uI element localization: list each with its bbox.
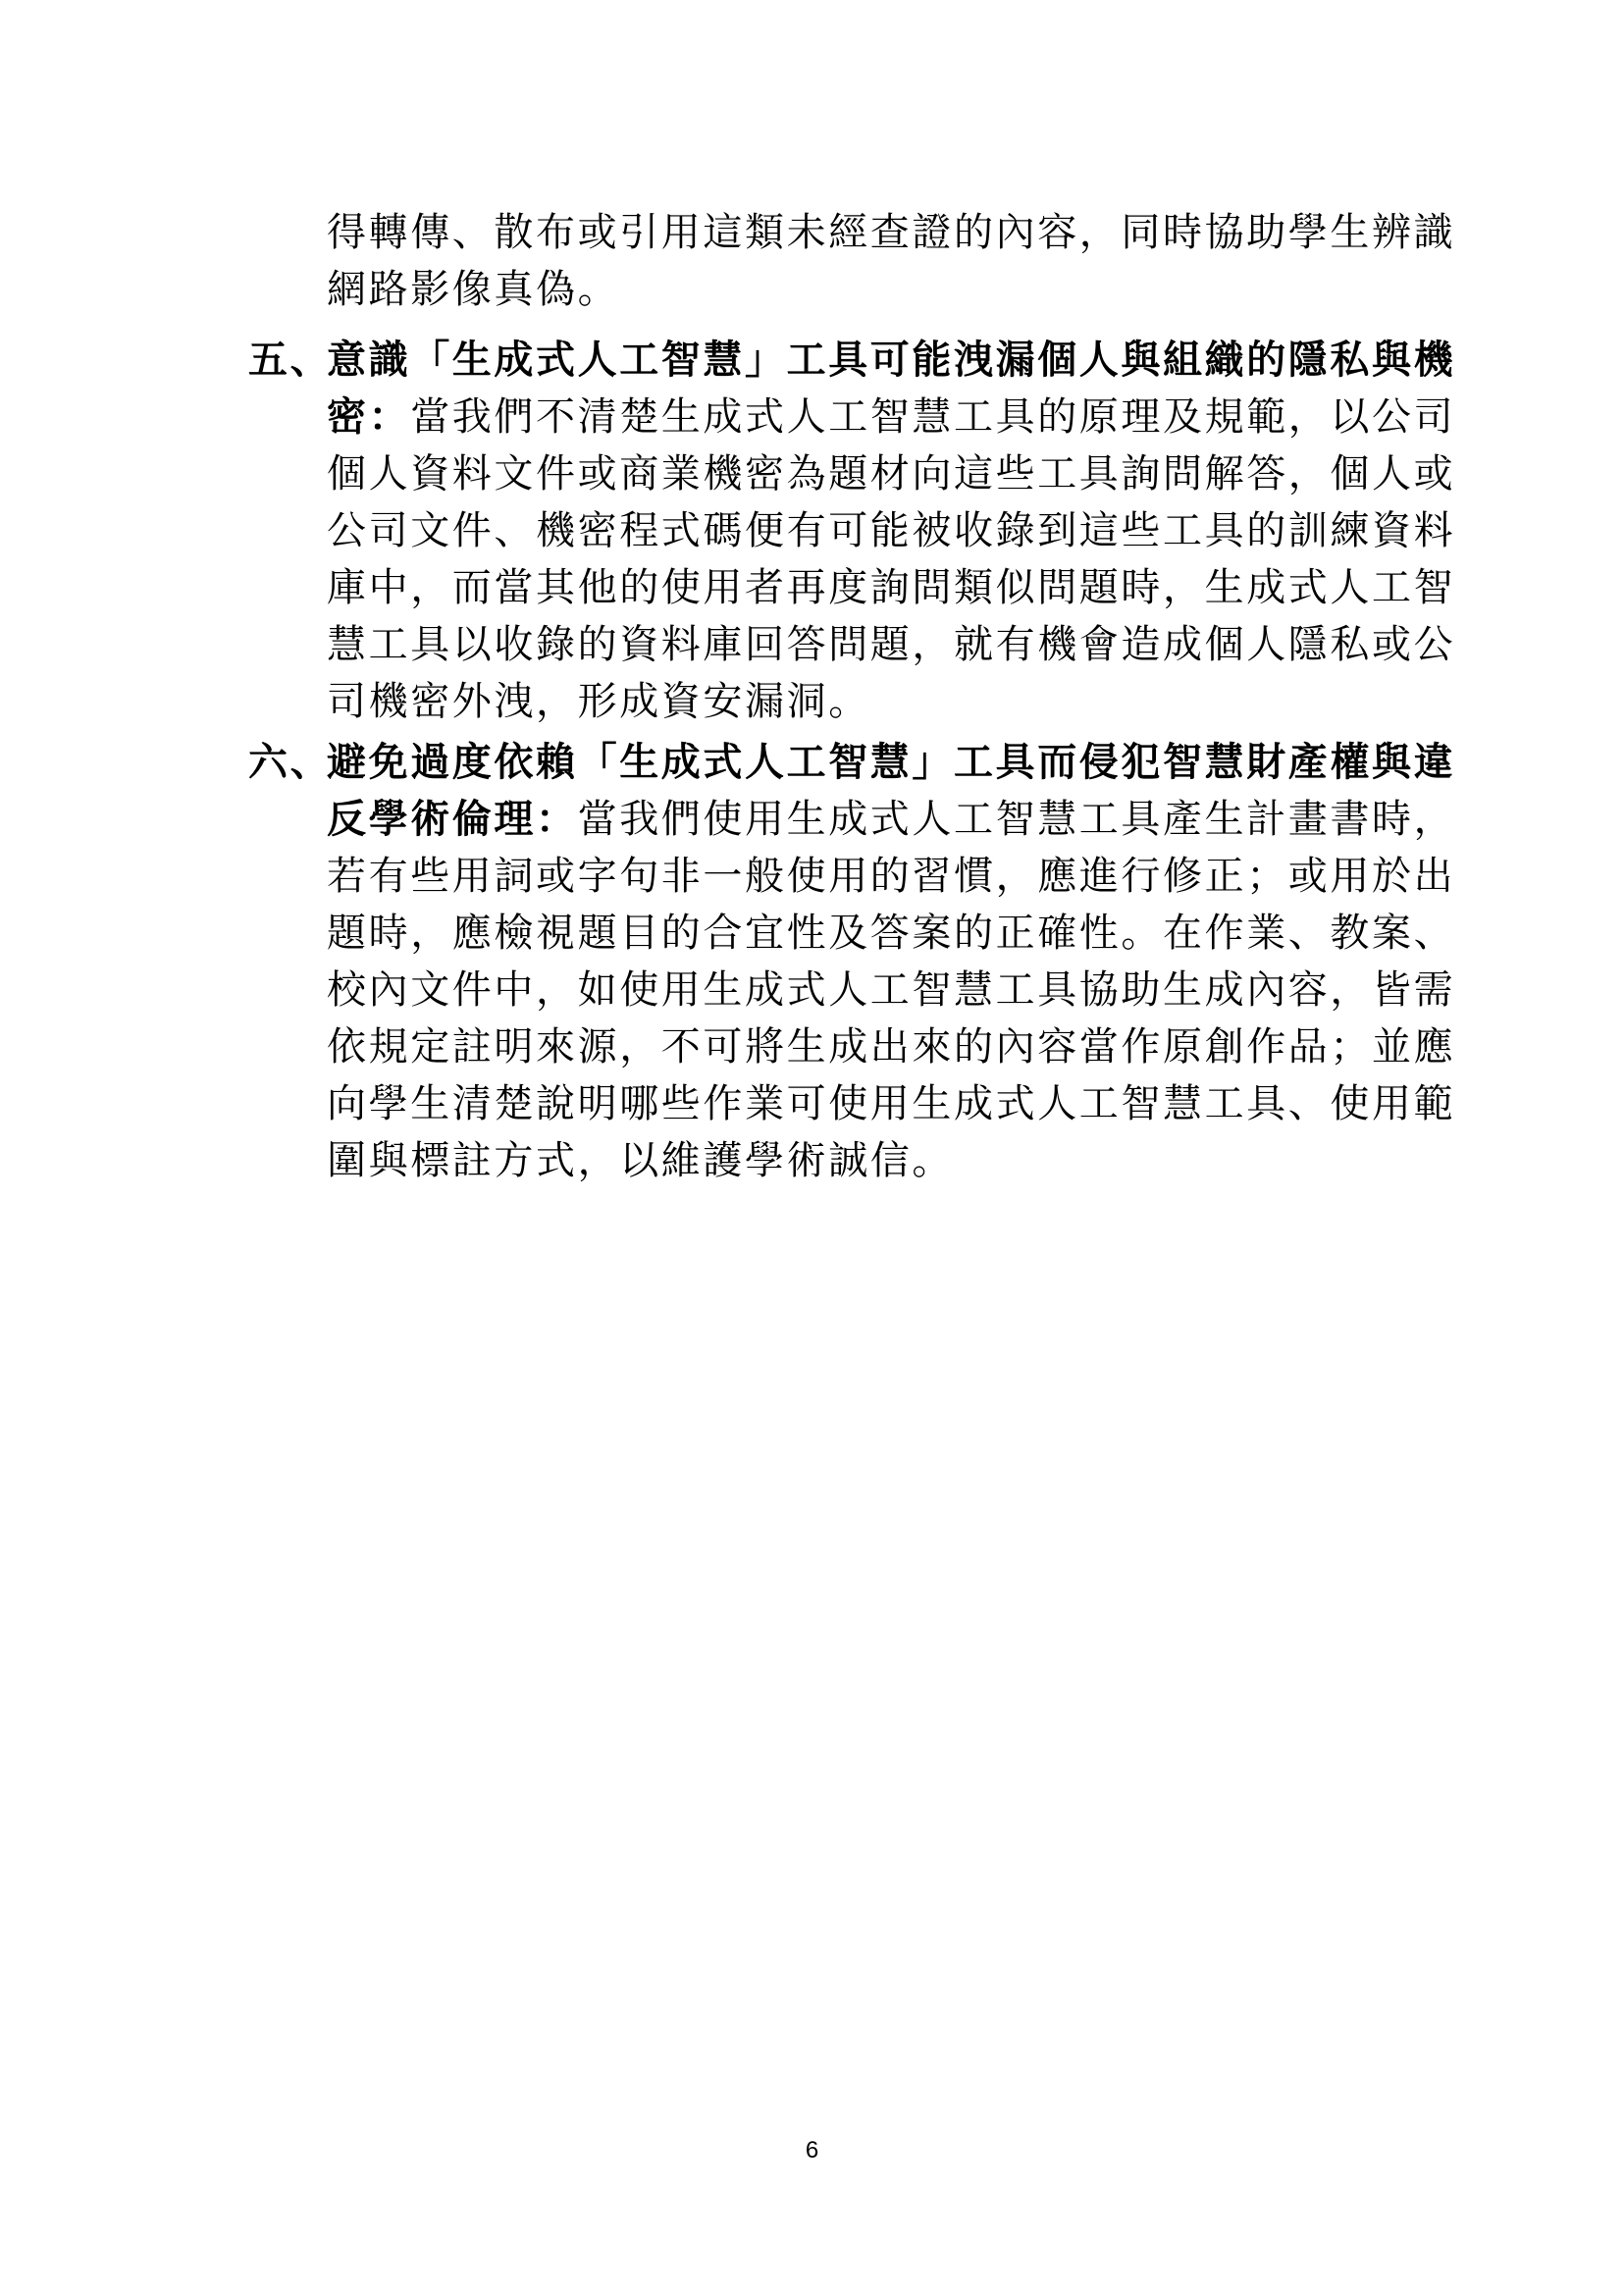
section-number: 六、 <box>248 734 332 791</box>
section-6: 六、 避免過度依賴「生成式人工智慧」工具而侵犯智慧財產權與違 反學術倫理：當我們… <box>248 734 1367 1189</box>
section-line: 個人資料文件或商業機密為題材向這些工具詢問解答，個人或 <box>327 445 1367 502</box>
section-line: 反學術倫理：當我們使用生成式人工智慧工具產生計畫書時， <box>327 791 1367 848</box>
section-line: 意識「生成式人工智慧」工具可能洩漏個人與組織的隱私與機 <box>327 332 1367 389</box>
section-heading-end: 反學術倫理： <box>327 796 578 842</box>
section-body: 避免過度依賴「生成式人工智慧」工具而侵犯智慧財產權與違 反學術倫理：當我們使用生… <box>327 734 1367 1189</box>
section-heading: 避免過度依賴「生成式人工智慧」工具而侵犯智慧財產權與違 <box>327 739 1455 785</box>
section-body: 意識「生成式人工智慧」工具可能洩漏個人與組織的隱私與機 密：當我們不清楚生成式人… <box>327 332 1367 730</box>
section-line: 密：當我們不清楚生成式人工智慧工具的原理及規範，以公司 <box>327 389 1367 445</box>
section-heading-end: 密： <box>327 393 410 440</box>
section-line: 慧工具以收錄的資料庫回答問題，就有機會造成個人隱私或公 <box>327 616 1367 673</box>
section-line: 司機密外洩，形成資安漏洞。 <box>327 673 1367 730</box>
paragraph-line: 網路影像真偽。 <box>327 261 1367 318</box>
section-5: 五、 意識「生成式人工智慧」工具可能洩漏個人與組織的隱私與機 密：當我們不清楚生… <box>248 332 1367 730</box>
paragraph-line: 得轉傳、散布或引用這類未經查證的內容，同時協助學生辨識 <box>327 204 1367 261</box>
section-line: 公司文件、機密程式碼便有可能被收錄到這些工具的訓練資料 <box>327 502 1367 559</box>
section-line: 避免過度依賴「生成式人工智慧」工具而侵犯智慧財產權與違 <box>327 734 1367 791</box>
section-heading: 意識「生成式人工智慧」工具可能洩漏個人與組織的隱私與機 <box>327 337 1455 383</box>
section-number: 五、 <box>248 332 332 389</box>
document-page: 得轉傳、散布或引用這類未經查證的內容，同時協助學生辨識 網路影像真偽。 五、 意… <box>0 0 1624 2295</box>
section-line: 依規定註明來源，不可將生成出來的內容當作原創作品；並應 <box>327 1018 1367 1075</box>
section-line: 題時，應檢視題目的合宜性及答案的正確性。在作業、教案、 <box>327 905 1367 962</box>
section-line: 校內文件中，如使用生成式人工智慧工具協助生成內容，皆需 <box>327 962 1367 1018</box>
continuation-paragraph: 得轉傳、散布或引用這類未經查證的內容，同時協助學生辨識 網路影像真偽。 <box>327 204 1367 318</box>
section-line: 庫中，而當其他的使用者再度詢問類似問題時，生成式人工智 <box>327 559 1367 616</box>
page-number: 6 <box>0 2137 1624 2165</box>
section-line: 向學生清楚說明哪些作業可使用生成式人工智慧工具、使用範 <box>327 1075 1367 1132</box>
section-line: 圍與標註方式，以維護學術誠信。 <box>327 1132 1367 1189</box>
section-line: 若有些用詞或字句非一般使用的習慣，應進行修正；或用於出 <box>327 848 1367 905</box>
